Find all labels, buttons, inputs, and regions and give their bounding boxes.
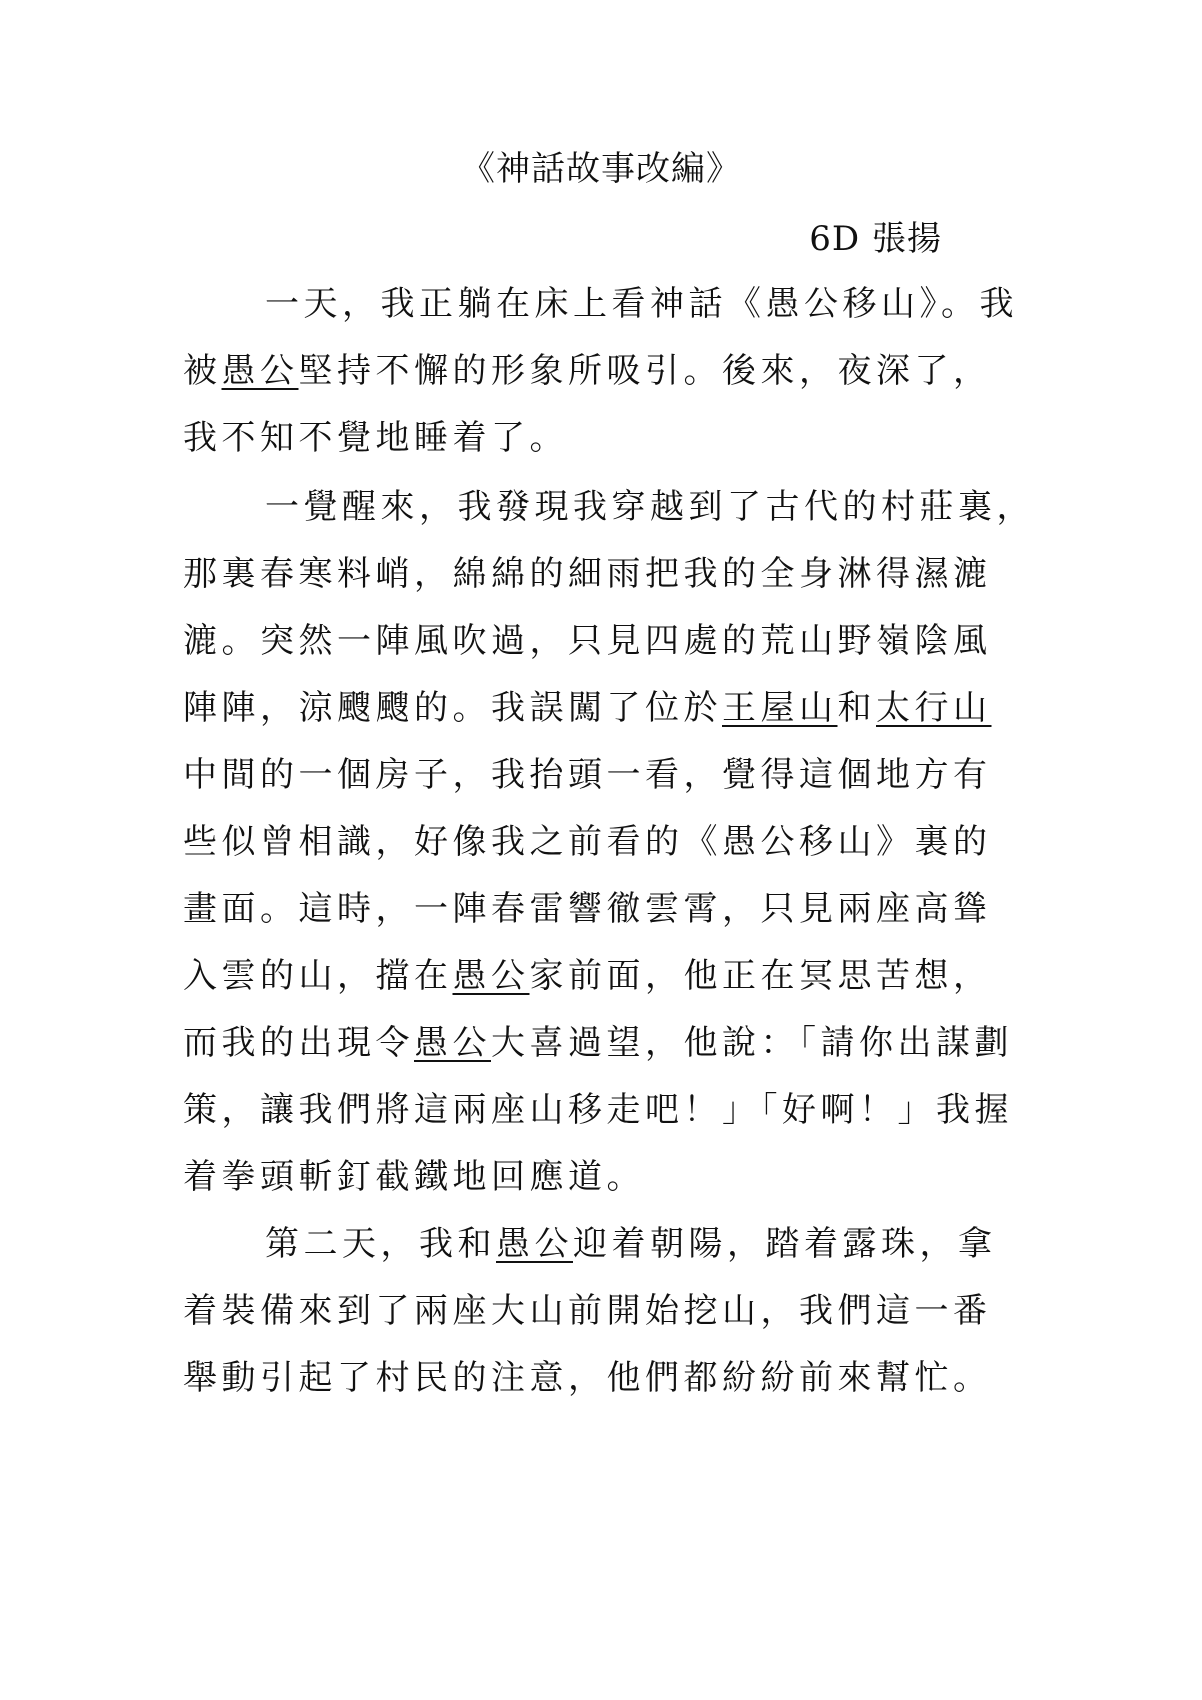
text-segment: 家前面，他正在冥思苦想， <box>530 956 992 996</box>
text-line: 中間的一個房子，我抬頭一看，覺得這個地方有 <box>183 753 1023 797</box>
text-segment: 一天，我正躺在床上看神話《愚公移山》。我 <box>265 284 1018 324</box>
text-segment: 第二天，我和 <box>265 1224 496 1264</box>
text-segment: 我不知不覺地睡着了。 <box>183 418 568 458</box>
document-page: 《神話故事改編》 6D 張揚 一天，我正躺在床上看神話《愚公移山》。我 被愚公堅… <box>0 0 1202 1700</box>
text-segment: 漉。突然一陣風吹過，只見四處的荒山野嶺陰風 <box>183 621 992 661</box>
text-segment: 被 <box>183 351 222 391</box>
text-line: 一天，我正躺在床上看神話《愚公移山》。我 <box>265 282 1105 326</box>
text-segment: 大喜過望，他說：「請你出謀劃 <box>491 1023 1013 1063</box>
proper-noun-underlined: 愚公 <box>496 1224 573 1264</box>
text-segment: 堅持不懈的形象所吸引。後來，夜深了， <box>299 351 992 391</box>
text-line: 第二天，我和愚公迎着朝陽，踏着露珠，拿 <box>265 1222 1105 1266</box>
proper-noun-underlined: 王屋山 <box>722 688 838 728</box>
text-segment: 策，讓我們將這兩座山移走吧！」「好啊！」我握 <box>183 1090 1013 1130</box>
text-line: 些似曾相識，好像我之前看的《愚公移山》裏的 <box>183 820 1023 864</box>
text-line: 我不知不覺地睡着了。 <box>183 416 1023 460</box>
text-line: 策，讓我們將這兩座山移走吧！」「好啊！」我握 <box>183 1088 1023 1132</box>
document-title: 《神話故事改編》 <box>0 147 1202 191</box>
text-segment: 和 <box>838 688 877 728</box>
text-line: 着拳頭斬釘截鐵地回應道。 <box>183 1155 1023 1199</box>
text-line: 着裝備來到了兩座大山前開始挖山，我們這一番 <box>183 1289 1023 1333</box>
proper-noun-underlined: 太行山 <box>876 688 992 728</box>
text-line: 陣陣，涼颼颼的。我誤闖了位於王屋山和太行山 <box>183 686 1023 730</box>
text-line: 一覺醒來，我發現我穿越到了古代的村莊裏， <box>265 485 1105 529</box>
text-segment: 些似曾相識，好像我之前看的《愚公移山》裏的 <box>183 822 992 862</box>
proper-noun-underlined: 愚公 <box>414 1023 491 1063</box>
text-line: 畫面。這時，一陣春雷響徹雲霄，只見兩座高聳 <box>183 887 1023 931</box>
text-segment: 一覺醒來，我發現我穿越到了古代的村莊裏， <box>265 487 1035 527</box>
proper-noun-underlined: 愚公 <box>222 351 299 391</box>
text-segment: 迎着朝陽，踏着露珠，拿 <box>573 1224 997 1264</box>
text-line: 而我的出現令愚公大喜過望，他說：「請你出謀劃 <box>183 1021 1023 1065</box>
text-line: 入雲的山，擋在愚公家前面，他正在冥思苦想， <box>183 954 1023 998</box>
text-segment: 畫面。這時，一陣春雷響徹雲霄，只見兩座高聳 <box>183 889 992 929</box>
text-segment: 中間的一個房子，我抬頭一看，覺得這個地方有 <box>183 755 992 795</box>
text-segment: 着拳頭斬釘截鐵地回應道。 <box>183 1157 645 1197</box>
proper-noun-underlined: 愚公 <box>453 956 530 996</box>
text-segment: 舉動引起了村民的注意，他們都紛紛前來幫忙。 <box>183 1358 992 1398</box>
author-line: 6D 張揚 <box>809 217 942 261</box>
text-segment: 着裝備來到了兩座大山前開始挖山，我們這一番 <box>183 1291 992 1331</box>
text-segment: 那裏春寒料峭，綿綿的細雨把我的全身淋得濕漉 <box>183 554 992 594</box>
text-line: 舉動引起了村民的注意，他們都紛紛前來幫忙。 <box>183 1356 1023 1400</box>
text-segment: 陣陣，涼颼颼的。我誤闖了位於 <box>183 688 722 728</box>
text-line: 漉。突然一陣風吹過，只見四處的荒山野嶺陰風 <box>183 619 1023 663</box>
text-line: 被愚公堅持不懈的形象所吸引。後來，夜深了， <box>183 349 1023 393</box>
text-segment: 入雲的山，擋在 <box>183 956 453 996</box>
text-segment: 而我的出現令 <box>183 1023 414 1063</box>
text-line: 那裏春寒料峭，綿綿的細雨把我的全身淋得濕漉 <box>183 552 1023 596</box>
